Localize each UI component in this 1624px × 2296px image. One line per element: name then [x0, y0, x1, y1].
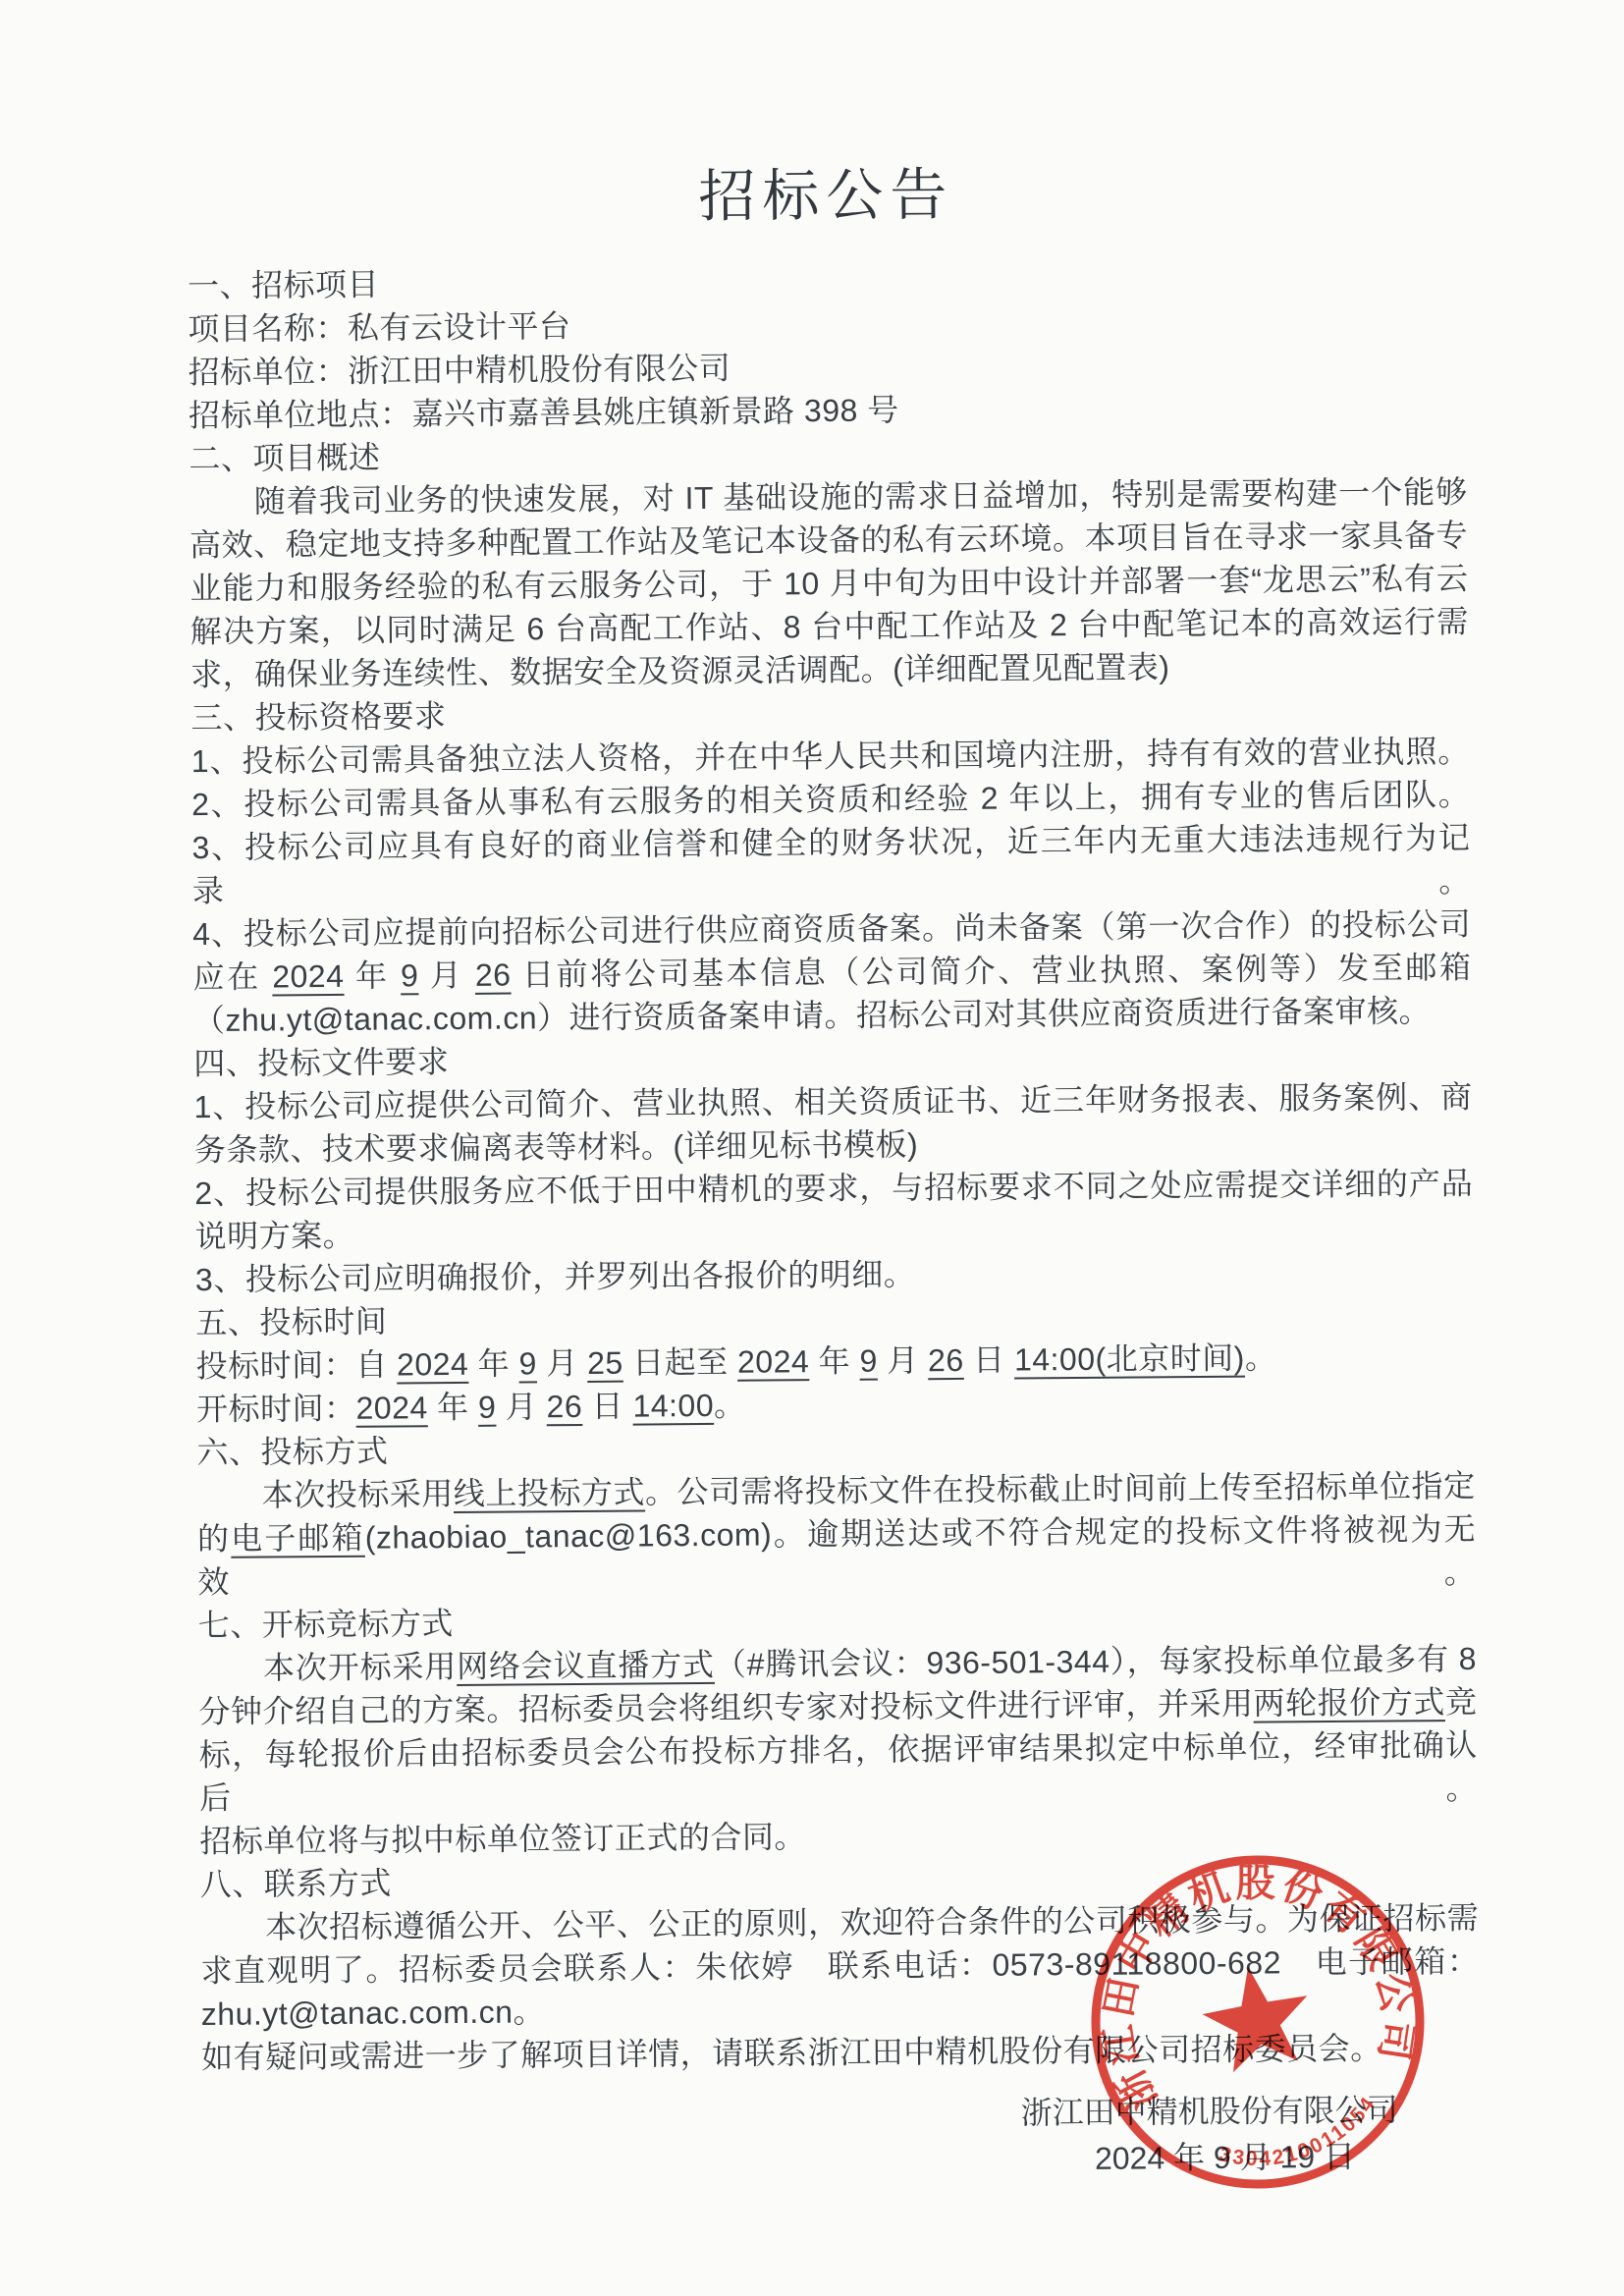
underlined-text: 9 — [401, 957, 419, 993]
underlined-text: 9 — [478, 1390, 497, 1425]
underlined-text: 26 — [928, 1342, 964, 1378]
text-segment: 。公司需将投标文件在投标截止时间前上传至招标单位指定 — [645, 1468, 1476, 1510]
text-line: 3、投标公司应具有良好的商业信誉和健全的财务状况，近三年内无重大违法违规行为记录… — [191, 816, 1471, 912]
underlined-text: 2024 — [355, 1390, 427, 1426]
text-segment: 1、投标公司需具备独立法人资格，并在中华人民共和国境内注册，持有有效的营业执照。 — [191, 734, 1470, 779]
text-segment: 4、投标公司应提前向招标公司进行供应商资质备案。尚未备案（第一次合作）的投标公司 — [192, 906, 1471, 952]
underlined-text: 2024 — [397, 1346, 468, 1383]
text-segment: 1、投标公司应提供公司简介、营业执照、相关资质证书、近三年财务报表、服务案例、商 — [193, 1079, 1472, 1124]
text-segment: 月 — [537, 1345, 588, 1381]
text-segment: 日 — [582, 1389, 633, 1424]
text-segment: 年 — [344, 957, 401, 993]
text-segment: 日前将公司基本信息（公司简介、营业执照、案例等）发至邮箱 — [511, 950, 1471, 993]
signature-date: 2024 年 9 月 19 日 — [202, 2133, 1481, 2189]
text-segment: 本次投标采用 — [262, 1476, 454, 1513]
text-line: 如有疑问或需进一步了解项目详情，请联系浙江田中精机股份有限公司招标委员会。 — [201, 2026, 1480, 2079]
text-segment: 本次招标遵循公开、公平、公正的原则，欢迎符合条件的公司积极参与。为保证招标需 — [265, 1900, 1479, 1945]
text-line: 标，每轮报价后由招标委员会公布投标方排名，依据评审结果拟定中标单位，经审批确认后… — [199, 1723, 1479, 1820]
text-segment: 如有疑问或需进一步了解项目详情，请联系浙江田中精机股份有限公司招标委员会。 — [201, 2031, 1382, 2075]
underlined-text: 两轮报价方式 — [1253, 1684, 1445, 1722]
text-segment: 本次开标采用 — [263, 1649, 457, 1686]
text-segment: 月 — [418, 957, 475, 993]
text-segment: 日 — [964, 1342, 1015, 1378]
text-segment: 投标时间：自 — [196, 1346, 398, 1384]
text-segment: 招标单位将与拟中标单位签订正式的合同。 — [199, 1819, 806, 1859]
text-segment: 求，确保业务连续性、数据安全及资源灵活调配。(详细配置见配置表) — [190, 649, 1170, 692]
text-segment: 招标单位地点：嘉兴市嘉善县姚庄镇新景路 398 号 — [189, 392, 899, 433]
text-segment: 日起至 — [623, 1344, 738, 1381]
text-segment: 五、投标时间 — [195, 1304, 387, 1341]
text-segment: 。 — [714, 1388, 746, 1423]
document-title: 招标公告 — [187, 150, 1466, 243]
text-segment: 3、投标公司应具有良好的商业信誉和健全的财务状况，近三年内无重大违法违规行为记录… — [191, 820, 1471, 908]
text-segment: 招标单位：浙江田中精机股份有限公司 — [189, 351, 731, 390]
underlined-text: 2024 — [272, 958, 344, 995]
text-segment: 2、投标公司需具备从事私有云服务的相关资质和经验 2 年以上，拥有专业的售后团队… — [191, 777, 1470, 822]
underlined-text: 26 — [546, 1389, 582, 1424]
text-segment: 竞 — [1445, 1684, 1478, 1720]
text-segment: 随着我司业务的快速发展，对 IT 基础设施的需求日益增加，特别是需要构建一个能够 — [254, 474, 1468, 519]
text-segment: 解决方案，以同时满足 6 台高配工作站、8 台中配工作站及 2 台中配笔记本的高… — [190, 604, 1469, 649]
text-segment: zhu.yt@tanac.com.cn。 — [201, 1994, 545, 2032]
text-segment: 年 — [428, 1390, 479, 1425]
underlined-text: 9 — [859, 1343, 878, 1379]
text-segment: 分钟介绍自己的方案。招标委员会将组织专家对投标文件进行评审，并采用 — [198, 1686, 1253, 1729]
text-segment: 六、投标方式 — [196, 1434, 388, 1471]
text-segment: 务条款、技术要求偏离表等材料。(详细见标书模板) — [194, 1126, 919, 1168]
signature-block: 浙江田中精机股份有限公司 2024 年 9 月 19 日 — [202, 2087, 1482, 2189]
underlined-text: 电子邮箱 — [231, 1520, 365, 1557]
document-body: 一、招标项目项目名称：私有云设计平台招标单位：浙江田中精机股份有限公司招标单位地… — [188, 254, 1480, 2079]
text-segment: 说明方案。 — [194, 1218, 354, 1254]
underlined-text: 线上投标方式 — [454, 1474, 645, 1511]
text-segment: 月 — [496, 1389, 547, 1424]
text-segment: 二、项目概述 — [189, 440, 380, 477]
text-segment: 年 — [809, 1343, 860, 1379]
underlined-text: 网络会议直播方式 — [457, 1647, 715, 1684]
text-segment: 应在 — [192, 958, 272, 995]
text-segment: 年 — [468, 1345, 519, 1381]
underlined-text: 9 — [518, 1345, 537, 1381]
text-segment: 。 — [1245, 1339, 1277, 1375]
underlined-text: 26 — [475, 957, 512, 993]
text-segment: 的 — [197, 1521, 231, 1557]
text-segment: 七、开标竞标方式 — [198, 1606, 454, 1643]
text-segment: 八、联系方式 — [200, 1866, 392, 1903]
text-segment: （#腾讯会议：936-501-344），每家投标单位最多有 8 — [715, 1641, 1477, 1682]
underlined-text: 2024 — [737, 1343, 809, 1380]
text-segment: (zhaobiao_tanac@163.com)。逾期送达或不符合规定的投标文件… — [197, 1511, 1476, 1600]
scanned-document-page: 招标公告 一、招标项目项目名称：私有云设计平台招标单位：浙江田中精机股份有限公司… — [0, 0, 1624, 2296]
text-segment: 月 — [878, 1342, 929, 1378]
text-segment: 求直观明了。招标委员会联系人：朱依婷 联系电话：0573-89118800-68… — [200, 1943, 1479, 1989]
underlined-text: 14:00(北京时间) — [1014, 1340, 1245, 1378]
underlined-text: 14:00 — [632, 1388, 714, 1424]
text-segment: 3、投标公司应明确报价，并罗列出各报价的明细。 — [195, 1256, 916, 1297]
underlined-text: 25 — [587, 1345, 623, 1381]
text-segment: 高效、稳定地支持多种配置工作站及笔记本设备的私有云环境。本项目旨在寻求一家具备专 — [189, 518, 1468, 563]
text-segment: 一、招标项目 — [188, 267, 379, 304]
text-line: 的电子邮箱(zhaobiao_tanac@163.com)。逾期送达或不符合规定… — [197, 1507, 1477, 1604]
text-segment: 业能力和服务经验的私有云服务公司，于 10 月中旬为田中设计并部署一套“龙思云”… — [189, 561, 1468, 606]
document-content: 招标公告 一、招标项目项目名称：私有云设计平台招标单位：浙江田中精机股份有限公司… — [187, 150, 1481, 2189]
text-segment: （zhu.yt@tanac.com.cn）进行资质备案申请。招标公司对其供应商资… — [193, 993, 1431, 1038]
text-segment: 三、投标资格要求 — [190, 698, 446, 736]
text-segment: 项目名称：私有云设计平台 — [188, 308, 570, 347]
text-segment: 四、投标文件要求 — [193, 1044, 449, 1081]
text-segment: 开标时间： — [196, 1391, 356, 1427]
text-segment: 2、投标公司提供服务应不低于田中精机的要求，与招标要求不同之处应需提交详细的产品 — [194, 1166, 1473, 1211]
text-segment: 标，每轮报价后由招标委员会公布投标方排名，依据评审结果拟定中标单位，经审批确认后… — [199, 1727, 1479, 1816]
